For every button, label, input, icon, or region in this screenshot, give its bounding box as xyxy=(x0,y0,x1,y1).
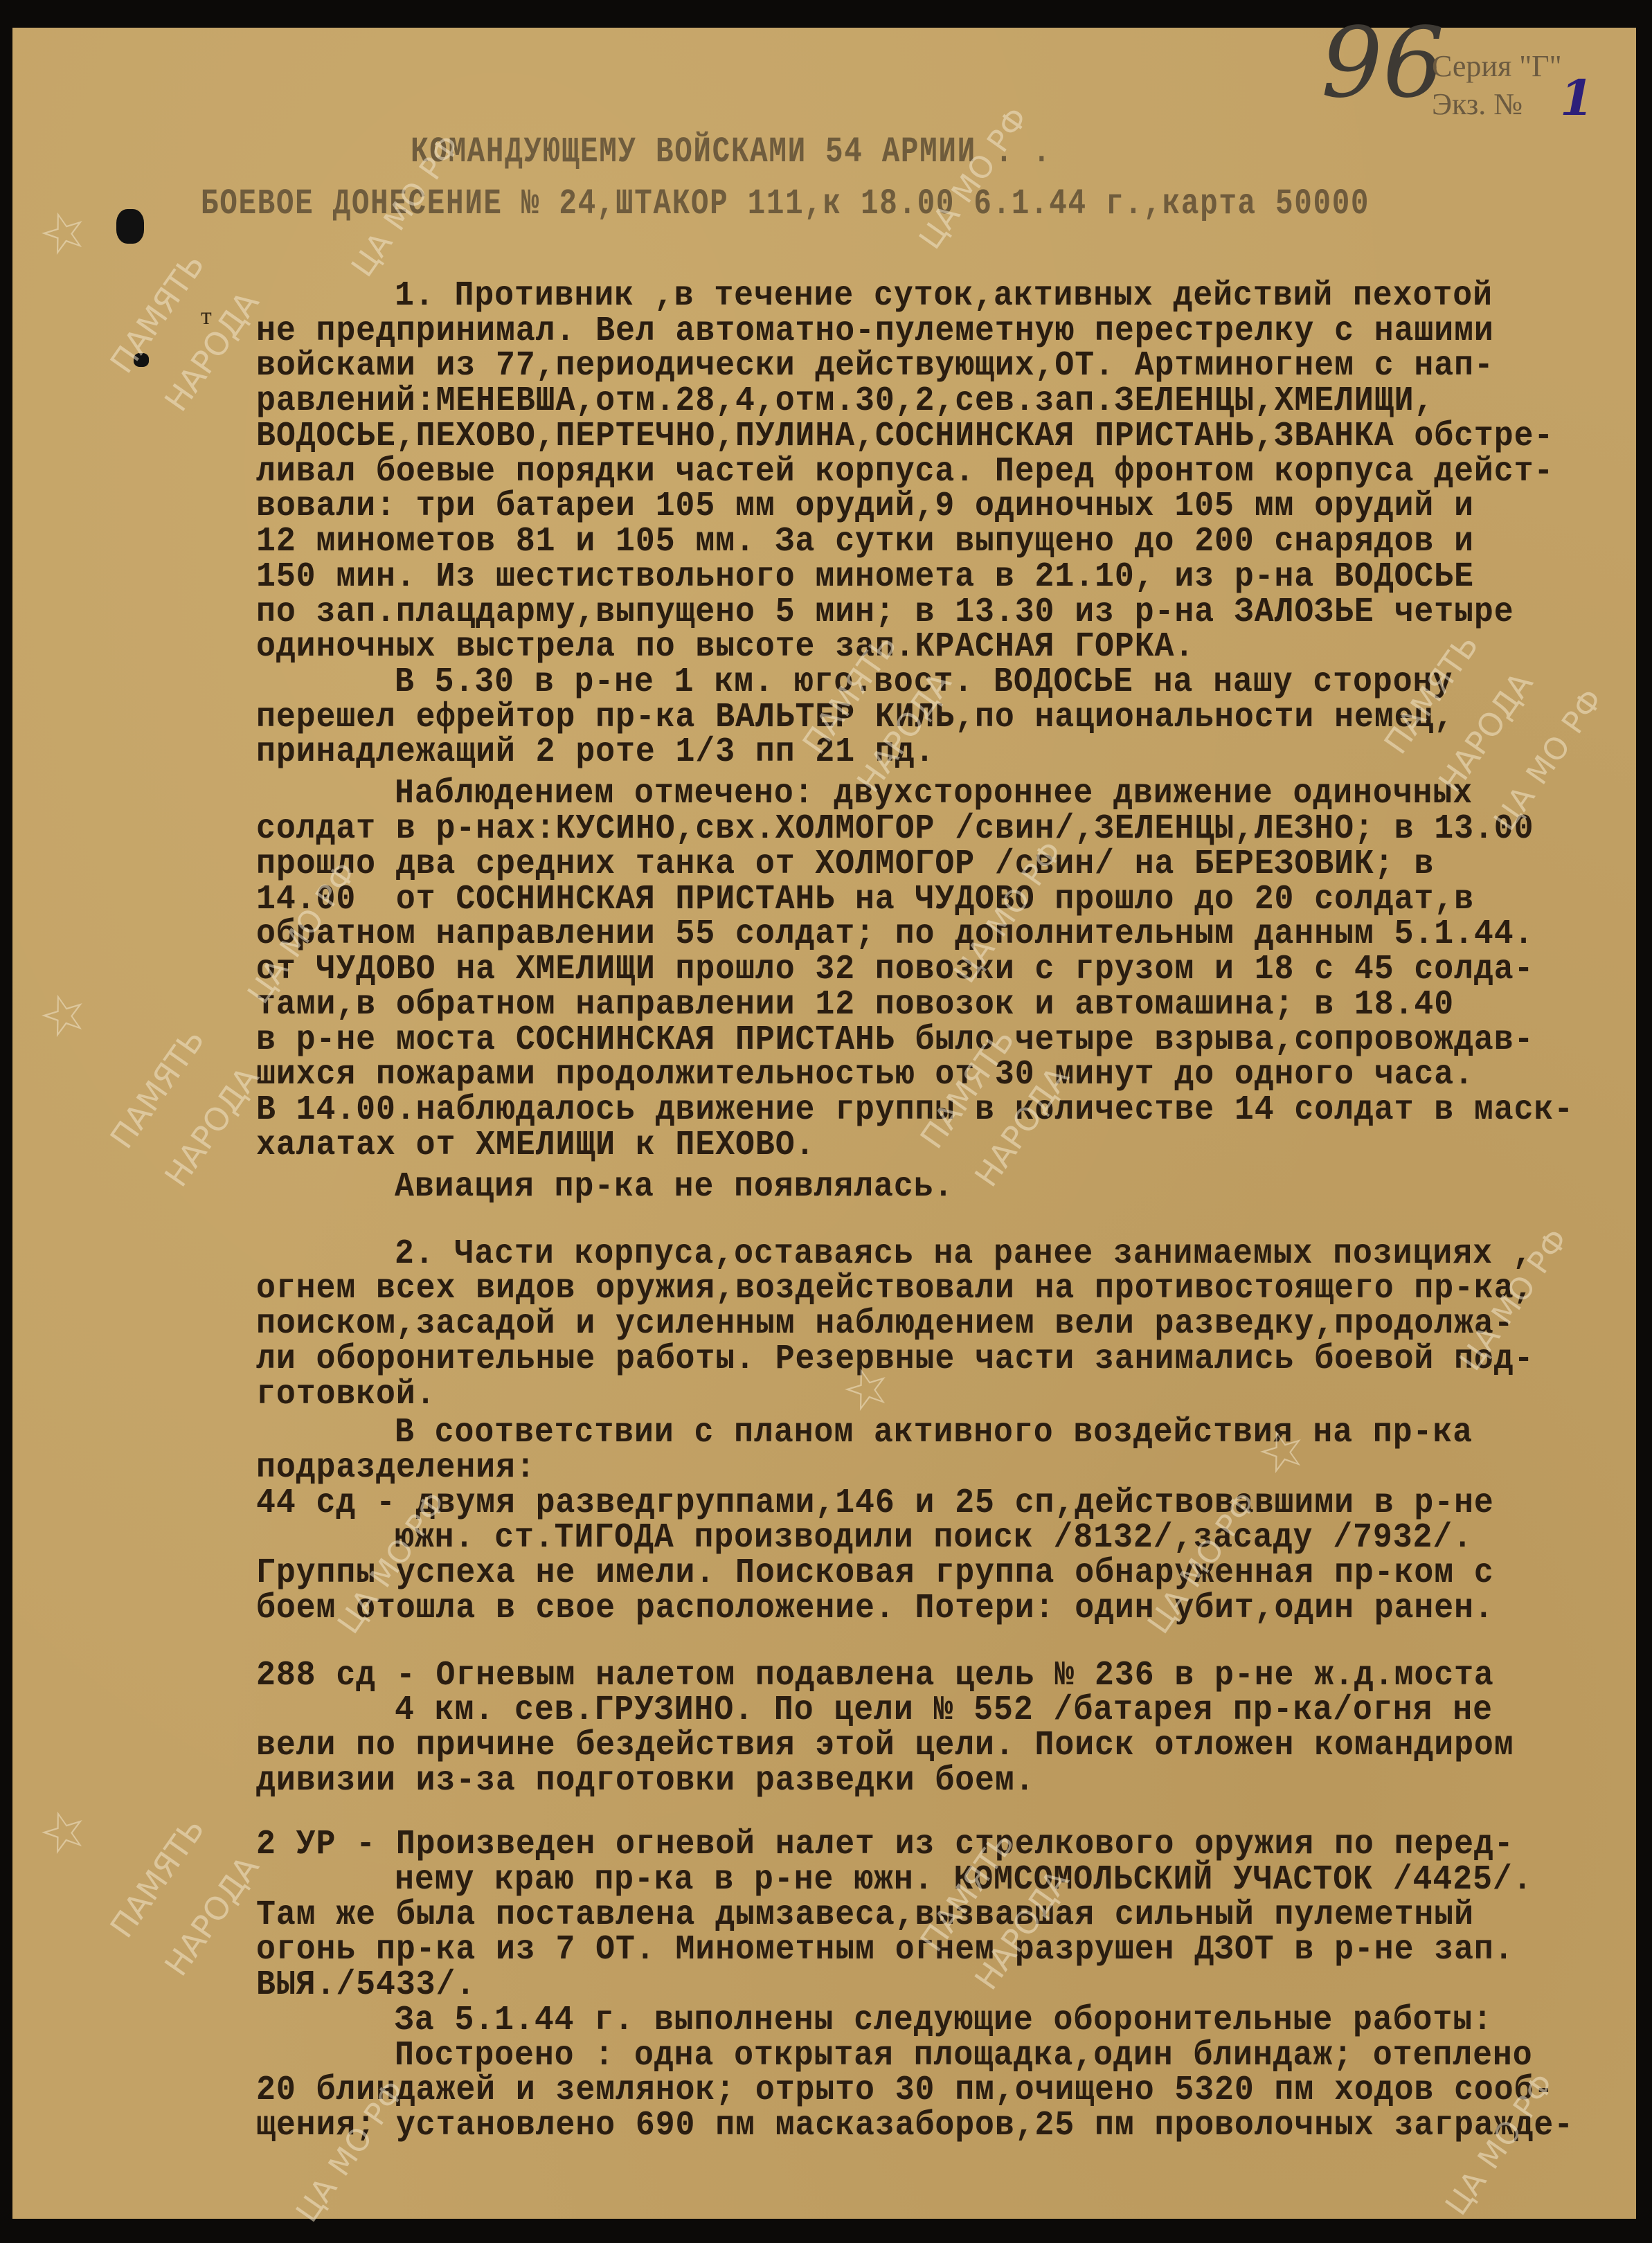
report-line: 150 мин. Из шестиствольного миномета в 2… xyxy=(256,558,1474,597)
report-line: Авиация пр-ка не появлялась. xyxy=(395,1168,953,1207)
report-line: по зап.плацдарму,выпущено 5 мин; в 13.30… xyxy=(256,593,1514,632)
star-icon: ☆ xyxy=(40,201,90,265)
report-line: Группы успеха не имели. Поисковая группа… xyxy=(256,1554,1494,1593)
report-line: подразделения: xyxy=(256,1449,536,1488)
report-line: тами,в обратном направлении 12 повозок и… xyxy=(256,986,1454,1025)
report-line: поиском,засадой и усиленным наблюдением … xyxy=(256,1305,1514,1344)
report-line: огнем всех видов оружия,воздействовали н… xyxy=(256,1270,1534,1308)
copy-stamp: Экз. № xyxy=(1432,87,1523,122)
report-line: боем отошла в свое расположение. Потери:… xyxy=(256,1589,1494,1628)
copy-number-ink: 1 xyxy=(1560,69,1594,127)
report-line: ВОДОСЬЕ,ПЕХОВО,ПЕРТЕЧНО,ПУЛИНА,СОСНИНСКА… xyxy=(256,417,1554,456)
report-line: 1. Противник ,в течение суток,активных д… xyxy=(395,277,1493,316)
report-line: 288 сд - Огневым налетом подавлена цель … xyxy=(256,1657,1494,1695)
report-line: прошло два средних танка от ХОЛМОГОР /св… xyxy=(256,845,1434,884)
series-stamp: Серия "Г" xyxy=(1432,48,1562,84)
document-page: 96 Серия "Г" Экз. № 1 КОМАНДУЮЩЕМУ ВОЙСК… xyxy=(12,28,1636,2219)
report-line: обратном направлении 55 солдат; по допол… xyxy=(256,915,1534,954)
addressee-heading: КОМАНДУЮЩЕМУ ВОЙСКАМИ 54 АРМИИ . . xyxy=(411,132,1052,172)
report-line: шихся пожарами продолжительностью от 30 … xyxy=(256,1056,1474,1095)
report-line: щения; установлено 690 пм масказаборов,2… xyxy=(256,2107,1574,2145)
report-line: в р-не моста СОСНИНСКАЯ ПРИСТАНЬ было че… xyxy=(256,1021,1534,1060)
report-line: Там же была поставлена дымзавеса,вызвавш… xyxy=(256,1896,1474,1935)
report-line: ВЫЯ./5433/. xyxy=(256,1966,476,2005)
report-line: халатах от ХМЕЛИЩИ к ПЕХОВО. xyxy=(256,1126,815,1165)
report-line: готовкой. xyxy=(256,1376,436,1414)
handwritten-folio-number: 96 xyxy=(1321,7,1444,120)
report-line: Наблюдением отмечено: двухстороннее движ… xyxy=(395,775,1473,813)
report-line: 2. Части корпуса,оставаясь на ранее зани… xyxy=(395,1235,1533,1274)
report-line: южн. ст.ТИГОДА производили поиск /8132/,… xyxy=(395,1519,1473,1558)
report-line: ливал боевые порядки частей корпуса. Пер… xyxy=(256,453,1554,492)
report-line: вели по причине бездействия этой цели. П… xyxy=(256,1727,1514,1765)
report-line: дивизии из-за подготовки разведки боем. xyxy=(256,1762,1035,1801)
report-line: равлений:МЕНЕВША,отм.28,4,отм.30,2,сев.з… xyxy=(256,382,1434,421)
report-line: вовали: три батареи 105 мм орудий,9 один… xyxy=(256,487,1474,526)
report-line: 2 УР - Произведен огневой налет из стрел… xyxy=(256,1826,1514,1864)
report-line: одиночных выстрела по высоте зап.КРАСНАЯ… xyxy=(256,628,1194,667)
punch-hole xyxy=(116,209,144,244)
watermark-camo: ЦА МО РФ xyxy=(913,101,1036,256)
star-icon: ☆ xyxy=(40,983,90,1047)
report-line: не предпринимал. Вел автоматно-пулеметну… xyxy=(256,312,1494,351)
report-line: Построено : одна открытая площадка,один … xyxy=(395,2037,1533,2075)
report-line: 14.00 от СОСНИНСКАЯ ПРИСТАНЬ на ЧУДОВО п… xyxy=(256,881,1474,919)
star-icon: ☆ xyxy=(40,1800,90,1864)
report-line: войсками из 77,периодически действующих,… xyxy=(256,347,1494,386)
star-icon: ☆ xyxy=(843,1357,893,1421)
report-line: от ЧУДОВО на ХМЕЛИЩИ прошло 32 повозки с… xyxy=(256,951,1534,989)
report-line: 4 км. сев.ГРУЗИНО. По цели № 552 /батаре… xyxy=(395,1691,1493,1730)
report-line: 20 блиндажей и землянок; отрыто 30 пм,оч… xyxy=(256,2071,1554,2110)
star-icon: ☆ xyxy=(1259,1419,1309,1484)
report-line: 12 минометов 81 и 105 мм. За сутки выпущ… xyxy=(256,523,1474,561)
